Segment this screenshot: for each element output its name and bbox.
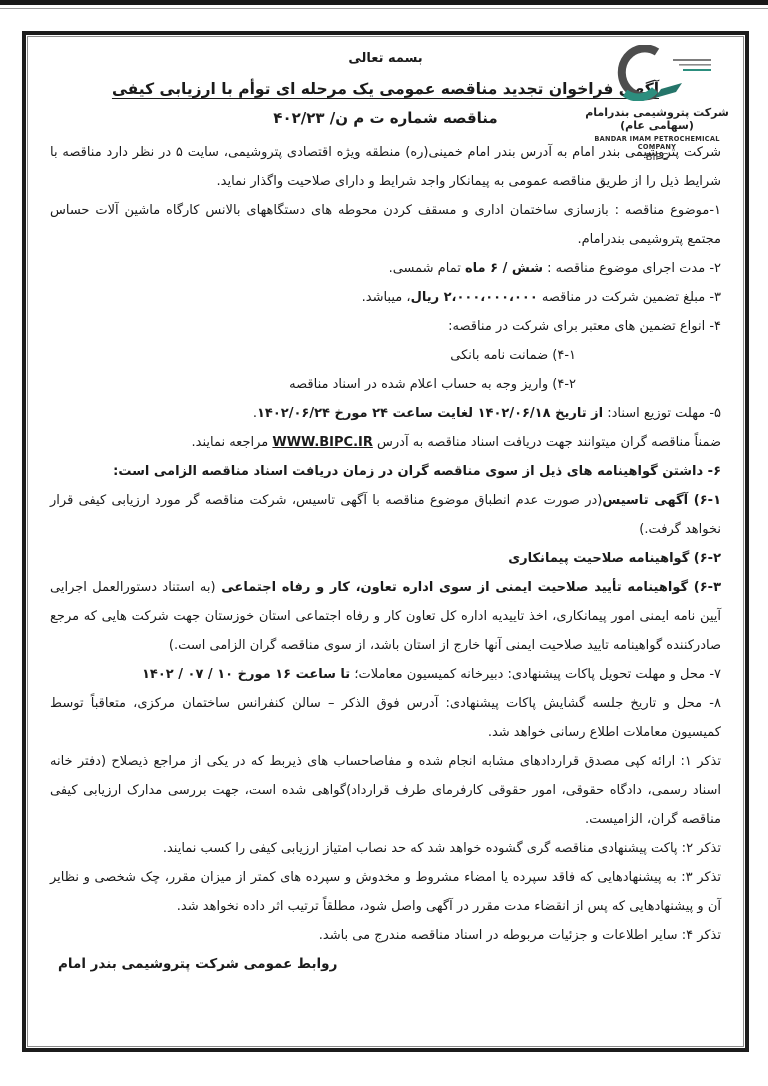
item-8-opening-session: ۸- محل و تاریخ جلسه گشایش پاکات پیشنهادی… — [50, 689, 721, 747]
item-3-guarantee-amount: ۳- مبلغ تضمین شرکت در مناقصه ۲،۰۰۰،۰۰۰،۰… — [50, 283, 721, 312]
document-page: شرکت پتروشیمی بندرامام (سهامی عام) BANDA… — [27, 36, 744, 1047]
item-7-submission-deadline: ۷- محل و مهلت تحویل پاکات پیشنهادی: دبیر… — [50, 660, 721, 689]
scan-edge-line — [0, 8, 768, 9]
item-4-guarantee-types: ۴- انواع تضمین های معتبر برای شرکت در من… — [50, 312, 721, 341]
document-body: شرکت پتروشیمی بندر امام به آدرس بندر اما… — [50, 138, 721, 950]
item-6-certificates-required: ۶- داشتن گواهینامه های ذیل از سوی مناقصه… — [50, 457, 721, 486]
logo-company-name-fa: شرکت پتروشیمی بندرامام (سهامی عام) — [579, 106, 735, 132]
item-6-3-safety-certificate: ۶-۳) گواهینامه تأیید صلاحیت ایمنی از سوی… — [50, 573, 721, 660]
document-border-frame: شرکت پتروشیمی بندرامام (سهامی عام) BANDA… — [22, 31, 749, 1052]
scan-edge-artifact — [0, 0, 768, 5]
remark-4: تذکر ۴: سایر اطلاعات و جزئیات مربوطه در … — [50, 921, 721, 950]
company-logo: شرکت پتروشیمی بندرامام (سهامی عام) BANDA… — [579, 45, 735, 163]
item-2-duration: ۲- مدت اجرای موضوع مناقصه : شش / ۶ ماه ت… — [50, 254, 721, 283]
item-1-subject: ۱-موضوع مناقصه : بازسازی ساختمان اداری و… — [50, 196, 721, 254]
bipc-swoosh-icon — [587, 45, 727, 101]
item-4-2-deposit: ۴-۲) واریز وجه به حساب اعلام شده در اسنا… — [50, 370, 721, 399]
item-4-1-bank-guarantee: ۴-۱) ضمانت نامه بانکی — [50, 341, 721, 370]
remark-1: تذکر ۱: ارائه کپی مصدق قراردادهای مشابه … — [50, 747, 721, 834]
item-6-1-establishment-notice: ۶-۱) آگهی تاسیس(در صورت عدم انطباق موضوع… — [50, 486, 721, 544]
logo-abbreviation: BIPC — [579, 152, 735, 163]
logo-company-name-en: BANDAR IMAM PETROCHEMICAL COMPANY — [579, 135, 735, 151]
remark-2: تذکر ۲: پاکت پیشنهادی مناقصه گری گشوده خ… — [50, 834, 721, 863]
item-6-2-contractor-qualification: ۶-۲) گواهینامه صلاحیت پیمانکاری — [50, 544, 721, 573]
signature-line: روابط عمومی شرکت پتروشیمی بندر امام — [50, 950, 721, 979]
remark-3: تذکر ۳: به پیشنهادهایی که فاقد سپرده یا … — [50, 863, 721, 921]
scanned-tender-document: { "header": { "bismillah": "بسمه تعالی",… — [0, 0, 768, 1086]
item-5-document-distribution: ۵- مهلت توزیع اسناد: از تاریخ ۱۴۰۲/۰۶/۱۸… — [50, 399, 721, 428]
note-website: ضمناً مناقصه گران میتوانند جهت دریافت اس… — [50, 428, 721, 457]
